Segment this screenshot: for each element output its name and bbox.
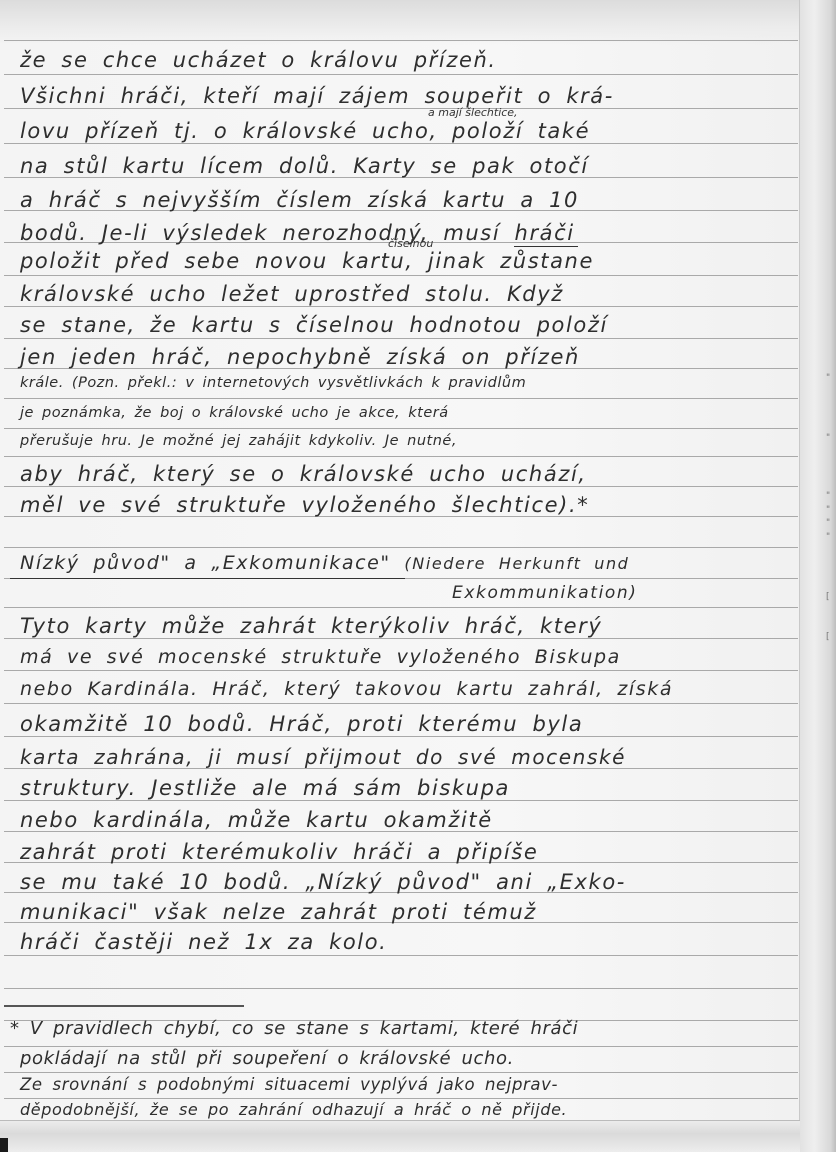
margin-mark: [ [826,592,830,602]
margin-mark: " [826,532,830,542]
margin-mark: " [826,518,830,528]
margin-mark: [ [826,632,830,642]
margin-mark: " [826,373,830,383]
margin-mark: " [826,505,830,515]
margin-mark: " [826,433,830,443]
margin-marks: " " " " " " [ [ [0,0,836,1152]
margin-mark: " [826,491,830,501]
scanned-page: že se chce ucházet o královu přízeň. Vši… [0,0,836,1152]
